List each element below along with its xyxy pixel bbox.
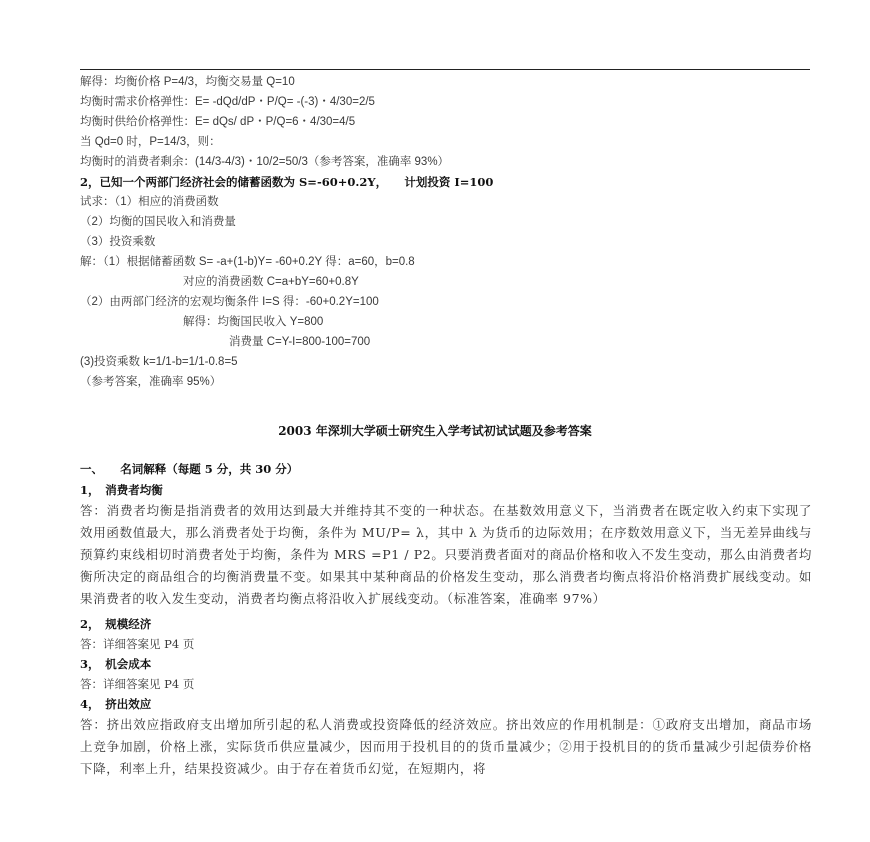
item-4-heading: 4， 挤出效应	[80, 694, 151, 714]
investment-multiplier: (3)投资乘数 k=1/1-b=1/1-0.8=5	[80, 352, 238, 372]
item-3-answer: 答：详细答案见 P4 页	[80, 674, 194, 694]
answer-part-1: 解：（1）根据储蓄函数 S= -a+(1-b)Y= -60+0.2Y 得：a=6…	[80, 252, 415, 272]
accuracy-note: （参考答案，准确率 95%）	[80, 372, 221, 392]
answer-part-2: （2）由两部门经济的宏观均衡条件 I=S 得：-60+0.2Y=100	[80, 292, 379, 312]
section-heading: 一、 名词解释（每题 5 分，共 30 分）	[80, 459, 298, 479]
header-rule	[80, 69, 810, 70]
supply-elasticity-line: 均衡时供给价格弹性：E= dQs/ dP・P/Q=6・4/30=4/5	[80, 112, 355, 132]
question-2-part-2: （2）均衡的国民收入和消费量	[80, 212, 236, 232]
solution-line: 解得：均衡价格 P=4/3，均衡交易量 Q=10	[80, 72, 295, 92]
qd-zero-line: 当 Qd=0 时，P=14/3，则：	[80, 132, 221, 152]
demand-elasticity-line: 均衡时需求价格弹性：E= -dQd/dP・P/Q= -(-3)・4/30=2/5	[80, 92, 375, 112]
item-1-answer: 答：消费者均衡是指消费者的效用达到最大并维持其不变的一种状态。在基数效用意义下，…	[80, 500, 812, 610]
question-2-title: 2，已知一个两部门经济社会的储蓄函数为 S=-60+0.2Y， 计划投资 I=1…	[80, 172, 493, 192]
question-2-part-3: （3）投资乘数	[80, 232, 155, 252]
question-2-ask: 试求：（1）相应的消费函数	[80, 192, 219, 212]
consumer-surplus-line: 均衡时的消费者剩余：(14/3-4/3)・10/2=50/3（参考答案，准确率 …	[80, 152, 449, 172]
consumption-amount: 消费量 C=Y-I=800-100=700	[229, 332, 370, 352]
consumption-function: 对应的消费函数 C=a+bY=60+0.8Y	[183, 272, 359, 292]
item-2-heading: 2， 规模经济	[80, 614, 151, 634]
exam-title: 2003 年深圳大学硕士研究生入学考试初试试题及参考答案	[0, 422, 870, 439]
item-3-heading: 3， 机会成本	[80, 654, 151, 674]
item-4-answer: 答：挤出效应指政府支出增加所引起的私人消费或投资降低的经济效应。挤出效应的作用机…	[80, 714, 812, 780]
item-1-heading: 1， 消费者均衡	[80, 480, 163, 500]
item-2-answer: 答：详细答案见 P4 页	[80, 634, 194, 654]
equilibrium-income: 解得：均衡国民收入 Y=800	[183, 312, 323, 332]
